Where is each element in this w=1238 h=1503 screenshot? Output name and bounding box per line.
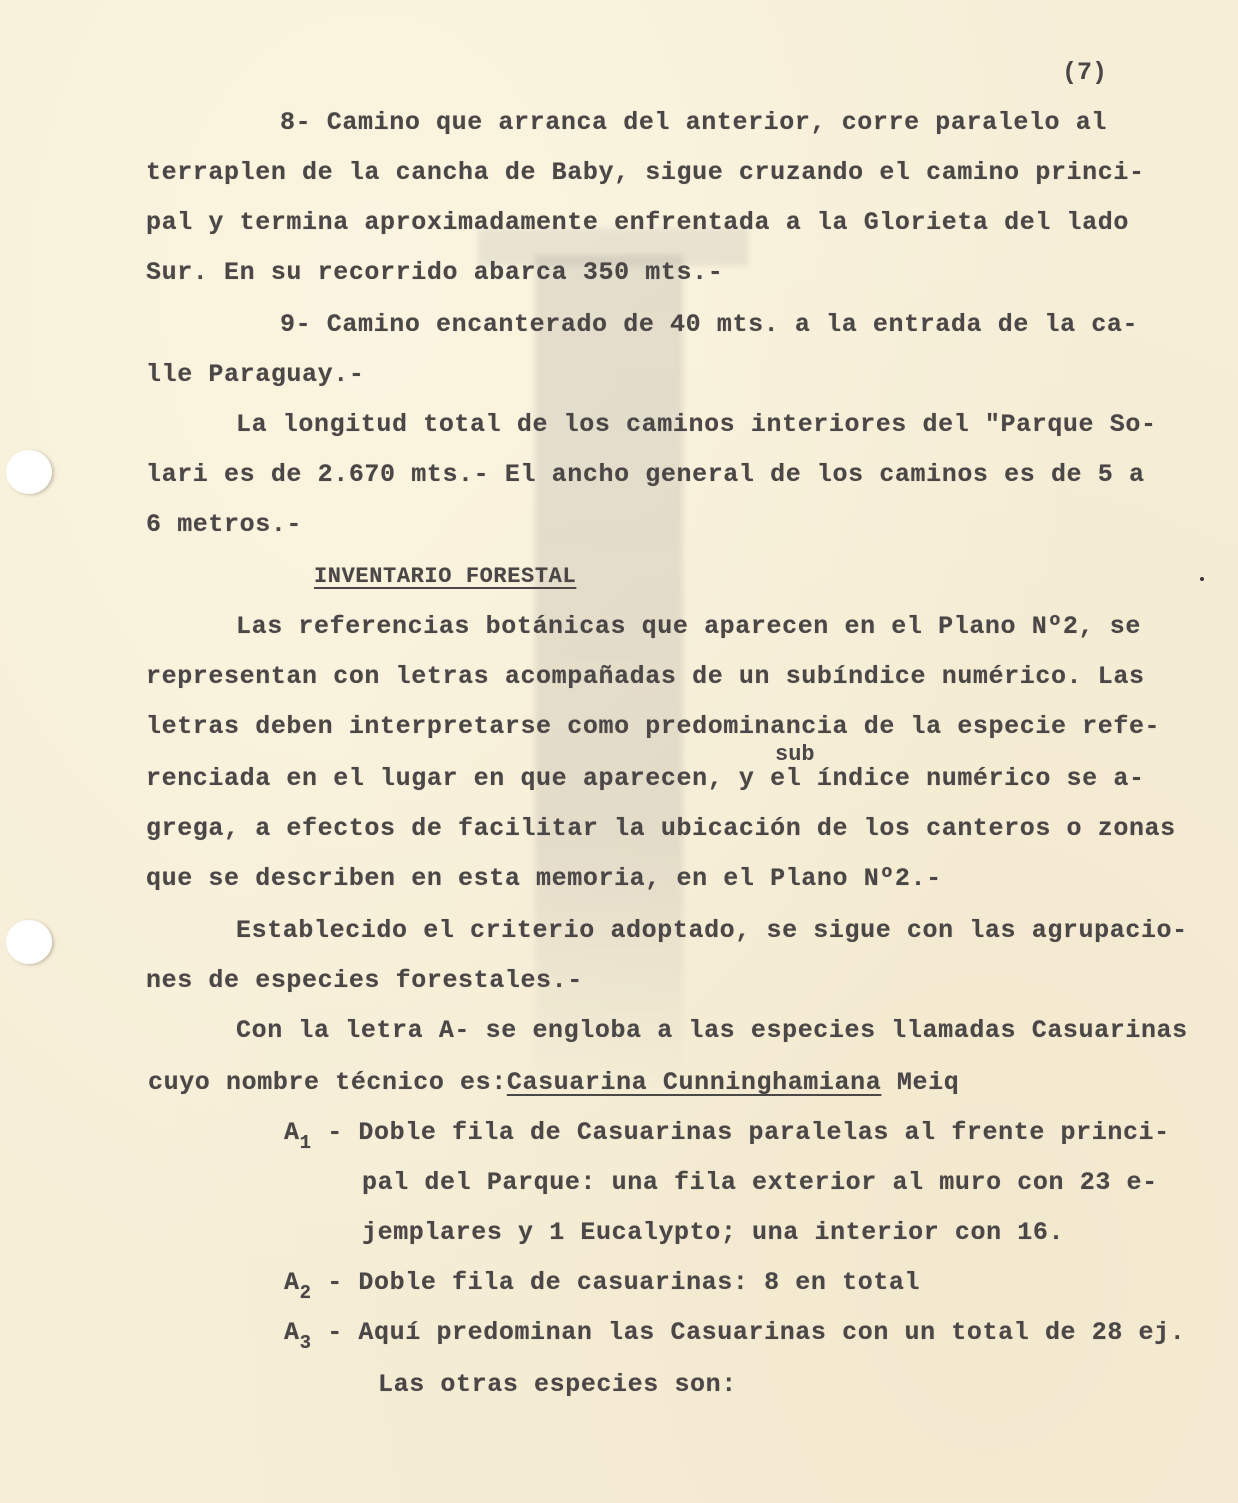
- item-text: - Doble fila de Casuarinas paralelas al …: [312, 1118, 1170, 1147]
- item-a3: A3 - Aquí predominan las Casuarinas con …: [284, 1318, 1185, 1349]
- item-index: 3: [300, 1332, 312, 1354]
- text-line: renciada en el lugar en que aparecen, y …: [146, 764, 1145, 794]
- item-letter: A: [284, 1118, 300, 1147]
- text-line: 6 metros.-: [146, 510, 302, 540]
- punch-hole: [6, 920, 52, 964]
- text-line: lari es de 2.670 mts.- El ancho general …: [146, 460, 1145, 490]
- text-line: terraplen de la cancha de Baby, sigue cr…: [146, 158, 1145, 188]
- text-line: 9- Camino encanterado de 40 mts. a la en…: [280, 310, 1138, 340]
- page-number: (7): [1062, 58, 1107, 87]
- text-line: lle Paraguay.-: [146, 360, 364, 390]
- item-a1: A1 - Doble fila de Casuarinas paralelas …: [284, 1118, 1170, 1149]
- text-line: grega, a efectos de facilitar la ubicaci…: [146, 814, 1176, 844]
- text-line: representan con letras acompañadas de un…: [146, 662, 1145, 692]
- text-line: 8- Camino que arranca del anterior, corr…: [280, 108, 1107, 138]
- item-index: 2: [300, 1282, 312, 1304]
- item-a1-continued: jemplares y 1 Eucalypto; una interior co…: [362, 1218, 1064, 1248]
- section-heading: INVENTARIO FORESTAL: [314, 562, 576, 592]
- text-line: Las referencias botánicas que aparecen e…: [236, 612, 1141, 642]
- technical-name-suffix: Meiq: [881, 1068, 959, 1097]
- item-letter: A: [284, 1318, 300, 1347]
- text-line: nes de especies forestales.-: [146, 966, 583, 996]
- item-text: - Doble fila de casuarinas: 8 en total: [312, 1268, 921, 1297]
- technical-name-line: cuyo nombre técnico es:Casuarina Cunning…: [148, 1068, 959, 1098]
- item-index: 1: [300, 1132, 312, 1154]
- text-line: letras deben interpretarse como predomin…: [146, 712, 1160, 742]
- item-text: - Aquí predominan las Casuarinas con un …: [312, 1318, 1186, 1347]
- text-line: Con la letra A- se engloba a las especie…: [236, 1016, 1188, 1046]
- technical-name: Casuarina Cunninghamiana: [507, 1068, 881, 1097]
- item-a2: A2 - Doble fila de casuarinas: 8 en tota…: [284, 1268, 920, 1299]
- punch-hole: [6, 450, 52, 494]
- technical-name-prefix: cuyo nombre técnico es:: [148, 1068, 507, 1097]
- text-line: pal y termina aproximadamente enfrentada…: [146, 208, 1129, 238]
- text-line: La longitud total de los caminos interio…: [236, 410, 1157, 440]
- text-line: que se describen en esta memoria, en el …: [146, 864, 942, 894]
- closing-line: Las otras especies son:: [378, 1370, 737, 1400]
- text-line: Sur. En su recorrido abarca 350 mts.-: [146, 258, 723, 288]
- item-a1-continued: pal del Parque: una fila exterior al mur…: [362, 1168, 1158, 1198]
- text-line: Establecido el criterio adoptado, se sig…: [236, 916, 1188, 946]
- item-letter: A: [284, 1268, 300, 1297]
- ink-speck: [1200, 577, 1204, 581]
